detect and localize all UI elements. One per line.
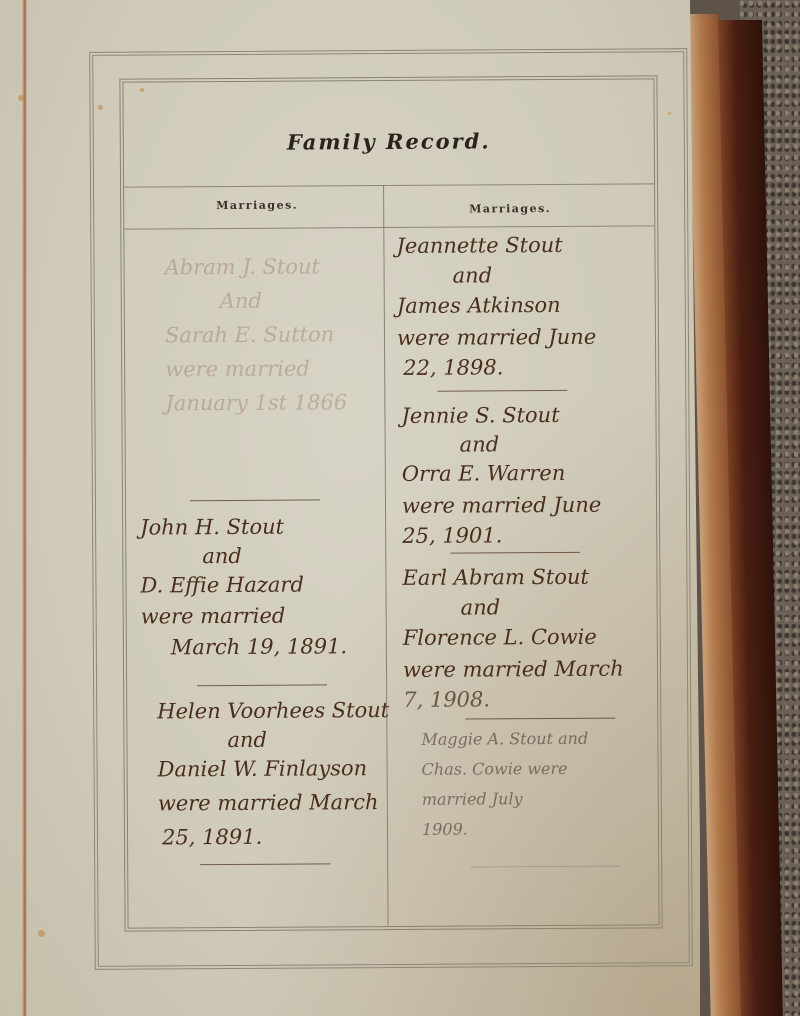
entry-line: and: [402, 431, 662, 457]
entry-line: Abram J. Stout: [164, 249, 424, 285]
marriage-entry-pencil: Maggie A. Stout and Chas. Cowie were mar…: [421, 723, 682, 845]
entry-line: Daniel W. Finlayson: [158, 751, 418, 787]
entry-line: were married June: [402, 489, 662, 521]
entry-separator: [470, 866, 620, 868]
entry-line: January 1st 1866: [165, 385, 425, 421]
entry-line: Jeannette Stout: [396, 227, 656, 263]
entry-separator: [197, 684, 327, 686]
record-page: Family Record. Marriages. Marriages. Abr…: [0, 0, 700, 1016]
marriage-entry: Helen Voorhees Stout and Daniel W. Finla…: [157, 693, 418, 855]
foxing-spot: [38, 930, 45, 937]
marriage-entry: Jeannette Stout and James Atkinson were …: [396, 227, 657, 383]
entry-line: were married: [141, 601, 401, 631]
entry-line: and: [157, 727, 417, 753]
entry-line: Chas. Cowie were: [422, 753, 682, 785]
entry-line: 1909.: [422, 813, 682, 845]
entry-line: and: [397, 261, 657, 289]
entry-line: Florence L. Cowie: [403, 619, 663, 655]
entry-separator: [190, 499, 320, 501]
entry-line: 7, 1908.: [403, 683, 663, 715]
page-title: Family Record.: [124, 127, 654, 155]
entry-line: 25, 1901.: [402, 519, 662, 551]
entry-line: were married March: [158, 785, 418, 821]
entry-line: and: [140, 543, 400, 569]
entry-line: Earl Abram Stout: [402, 559, 662, 595]
entry-line: 22, 1898.: [397, 351, 657, 383]
marriage-entry: Earl Abram Stout and Florence L. Cowie w…: [402, 559, 663, 715]
marriage-entry: Jennie S. Stout and Orra E. Warren were …: [401, 397, 662, 551]
entry-separator: [200, 863, 330, 865]
marriage-entry: John H. Stout and D. Effie Hazard were m…: [140, 509, 401, 665]
column-header-right: Marriages.: [469, 202, 551, 216]
binding-gutter: [22, 0, 27, 1016]
entry-line: were married March: [403, 653, 663, 685]
entry-line: and: [403, 593, 663, 621]
column-header-row: Marriages. Marriages.: [124, 183, 654, 229]
column-header-left: Marriages.: [216, 199, 298, 213]
marriage-entry: Abram J. Stout And Sarah E. Sutton were …: [164, 249, 425, 421]
record-table: Family Record. Marriages. Marriages. Abr…: [122, 78, 659, 928]
entry-line: were married June: [397, 321, 657, 353]
entry-separator: [437, 390, 567, 392]
entry-line: Maggie A. Stout and: [421, 723, 681, 755]
entry-line: March 19, 1891.: [141, 629, 401, 665]
marriages-column-left: Abram J. Stout And Sarah E. Sutton were …: [136, 231, 395, 923]
title-band: Family Record.: [123, 79, 654, 187]
entry-line: 25, 1891.: [158, 819, 418, 855]
entry-line: were married: [165, 351, 425, 387]
entry-line: And: [165, 283, 425, 319]
entry-line: Sarah E. Sutton: [165, 317, 425, 353]
entry-line: D. Effie Hazard: [140, 567, 400, 603]
entry-line: Jennie S. Stout: [401, 397, 661, 433]
entry-line: Orra E. Warren: [402, 455, 662, 491]
entry-separator: [450, 552, 580, 554]
marriages-column-right: Jeannette Stout and James Atkinson were …: [396, 229, 655, 921]
entry-separator: [465, 718, 615, 720]
entry-line: James Atkinson: [397, 287, 657, 323]
foxing-spot: [18, 95, 24, 101]
entry-line: Helen Voorhees Stout: [157, 693, 417, 729]
entry-line: married July: [422, 783, 682, 815]
entry-line: John H. Stout: [140, 509, 400, 545]
